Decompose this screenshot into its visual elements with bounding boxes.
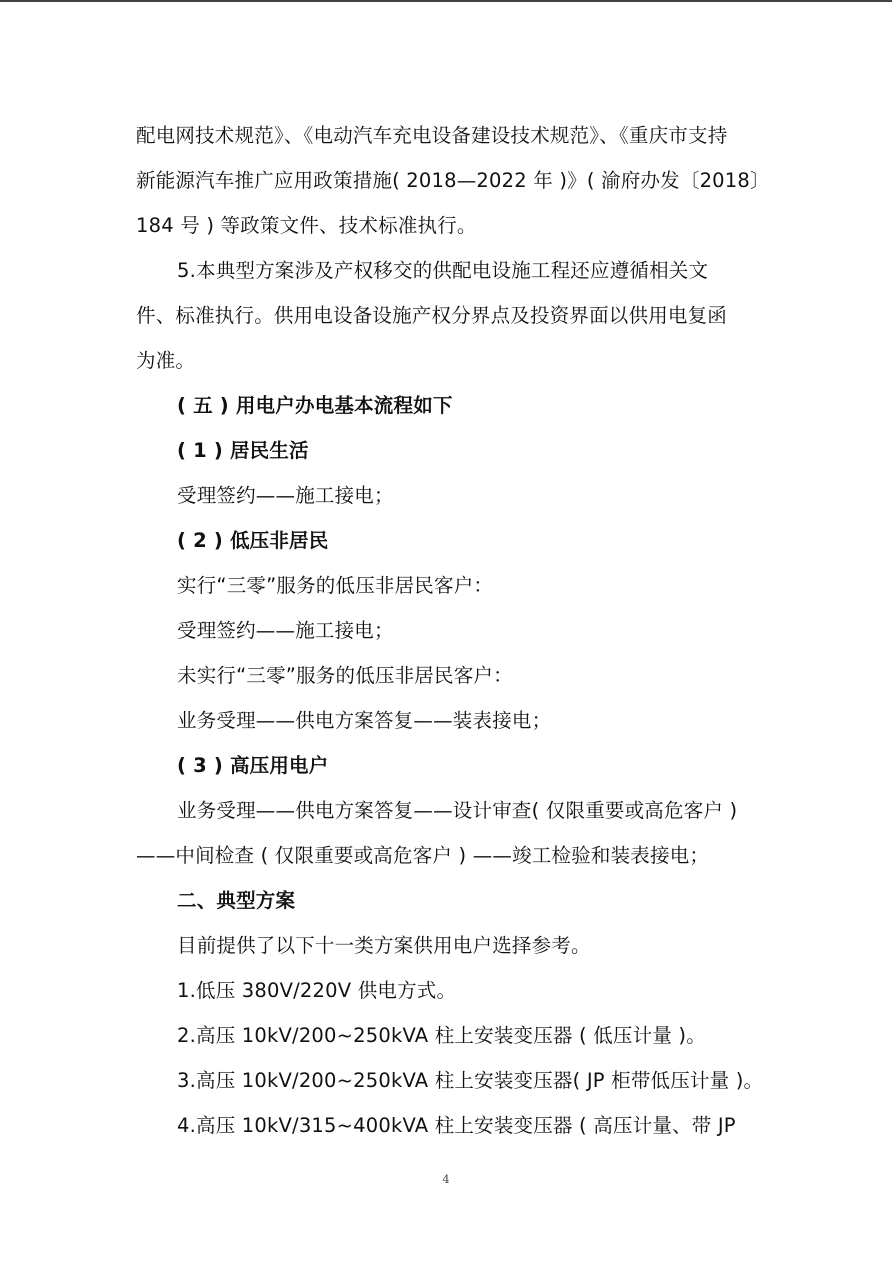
body-text-line: 未实行“三零”服务的低压非居民客户：	[177, 664, 513, 688]
process-step-line: 受理签约——施工接电；	[177, 484, 394, 508]
paragraph-5-start: 5.本典型方案涉及产权移交的供配电设施工程还应遵循相关文	[177, 259, 708, 283]
body-text-line: 新能源汽车推广应用政策措施( 2018—2022 年 )》( 渝府办发〔2018…	[136, 169, 770, 193]
process-step-line: 业务受理——供电方案答复——装表接电；	[177, 709, 551, 733]
subheading-high-voltage: ( 3 ) 高压用电户	[177, 754, 328, 778]
scheme-list-item: 4.高压 10kV/315~400kVA 柱上安装变压器 ( 高压计量、带 JP	[177, 1114, 736, 1138]
body-text-line: 实行“三零”服务的低压非居民客户：	[177, 574, 493, 598]
body-text-line: 184 号 ) 等政策文件、技术标准执行。	[136, 214, 477, 238]
body-text-line: 目前提供了以下十一类方案供用电户选择参考。	[177, 934, 591, 958]
body-text-line: 件、标准执行。供用电设备设施产权分界点及投资界面以供用电复函	[136, 304, 727, 328]
body-text-line: 配电网技术规范》、《电动汽车充电设备建设技术规范》、《重庆市支持	[136, 124, 727, 148]
subheading-residential: ( 1 ) 居民生活	[177, 439, 309, 463]
page-number: 4	[0, 1173, 892, 1186]
top-border	[0, 0, 892, 2]
subheading-low-voltage: ( 2 ) 低压非居民	[177, 529, 328, 553]
process-step-line: ——中间检查 ( 仅限重要或高危客户 ) ——竣工检验和装表接电；	[136, 844, 709, 868]
scheme-list-item: 1.低压 380V/220V 供电方式。	[177, 979, 456, 1003]
scheme-list-item: 3.高压 10kV/200~250kVA 柱上安装变压器( JP 柜带低压计量 …	[177, 1069, 763, 1093]
body-text-line: 为准。	[136, 349, 195, 373]
scheme-list-item: 2.高压 10kV/200~250kVA 柱上安装变压器 ( 低压计量 )。	[177, 1024, 706, 1048]
section-heading-typical-schemes: 二、典型方案	[177, 889, 295, 913]
section-heading-process: ( 五 ) 用电户办电基本流程如下	[177, 394, 453, 418]
process-step-line: 业务受理——供电方案答复——设计审查( 仅限重要或高危客户 )	[177, 799, 737, 823]
process-step-line: 受理签约——施工接电；	[177, 619, 394, 643]
